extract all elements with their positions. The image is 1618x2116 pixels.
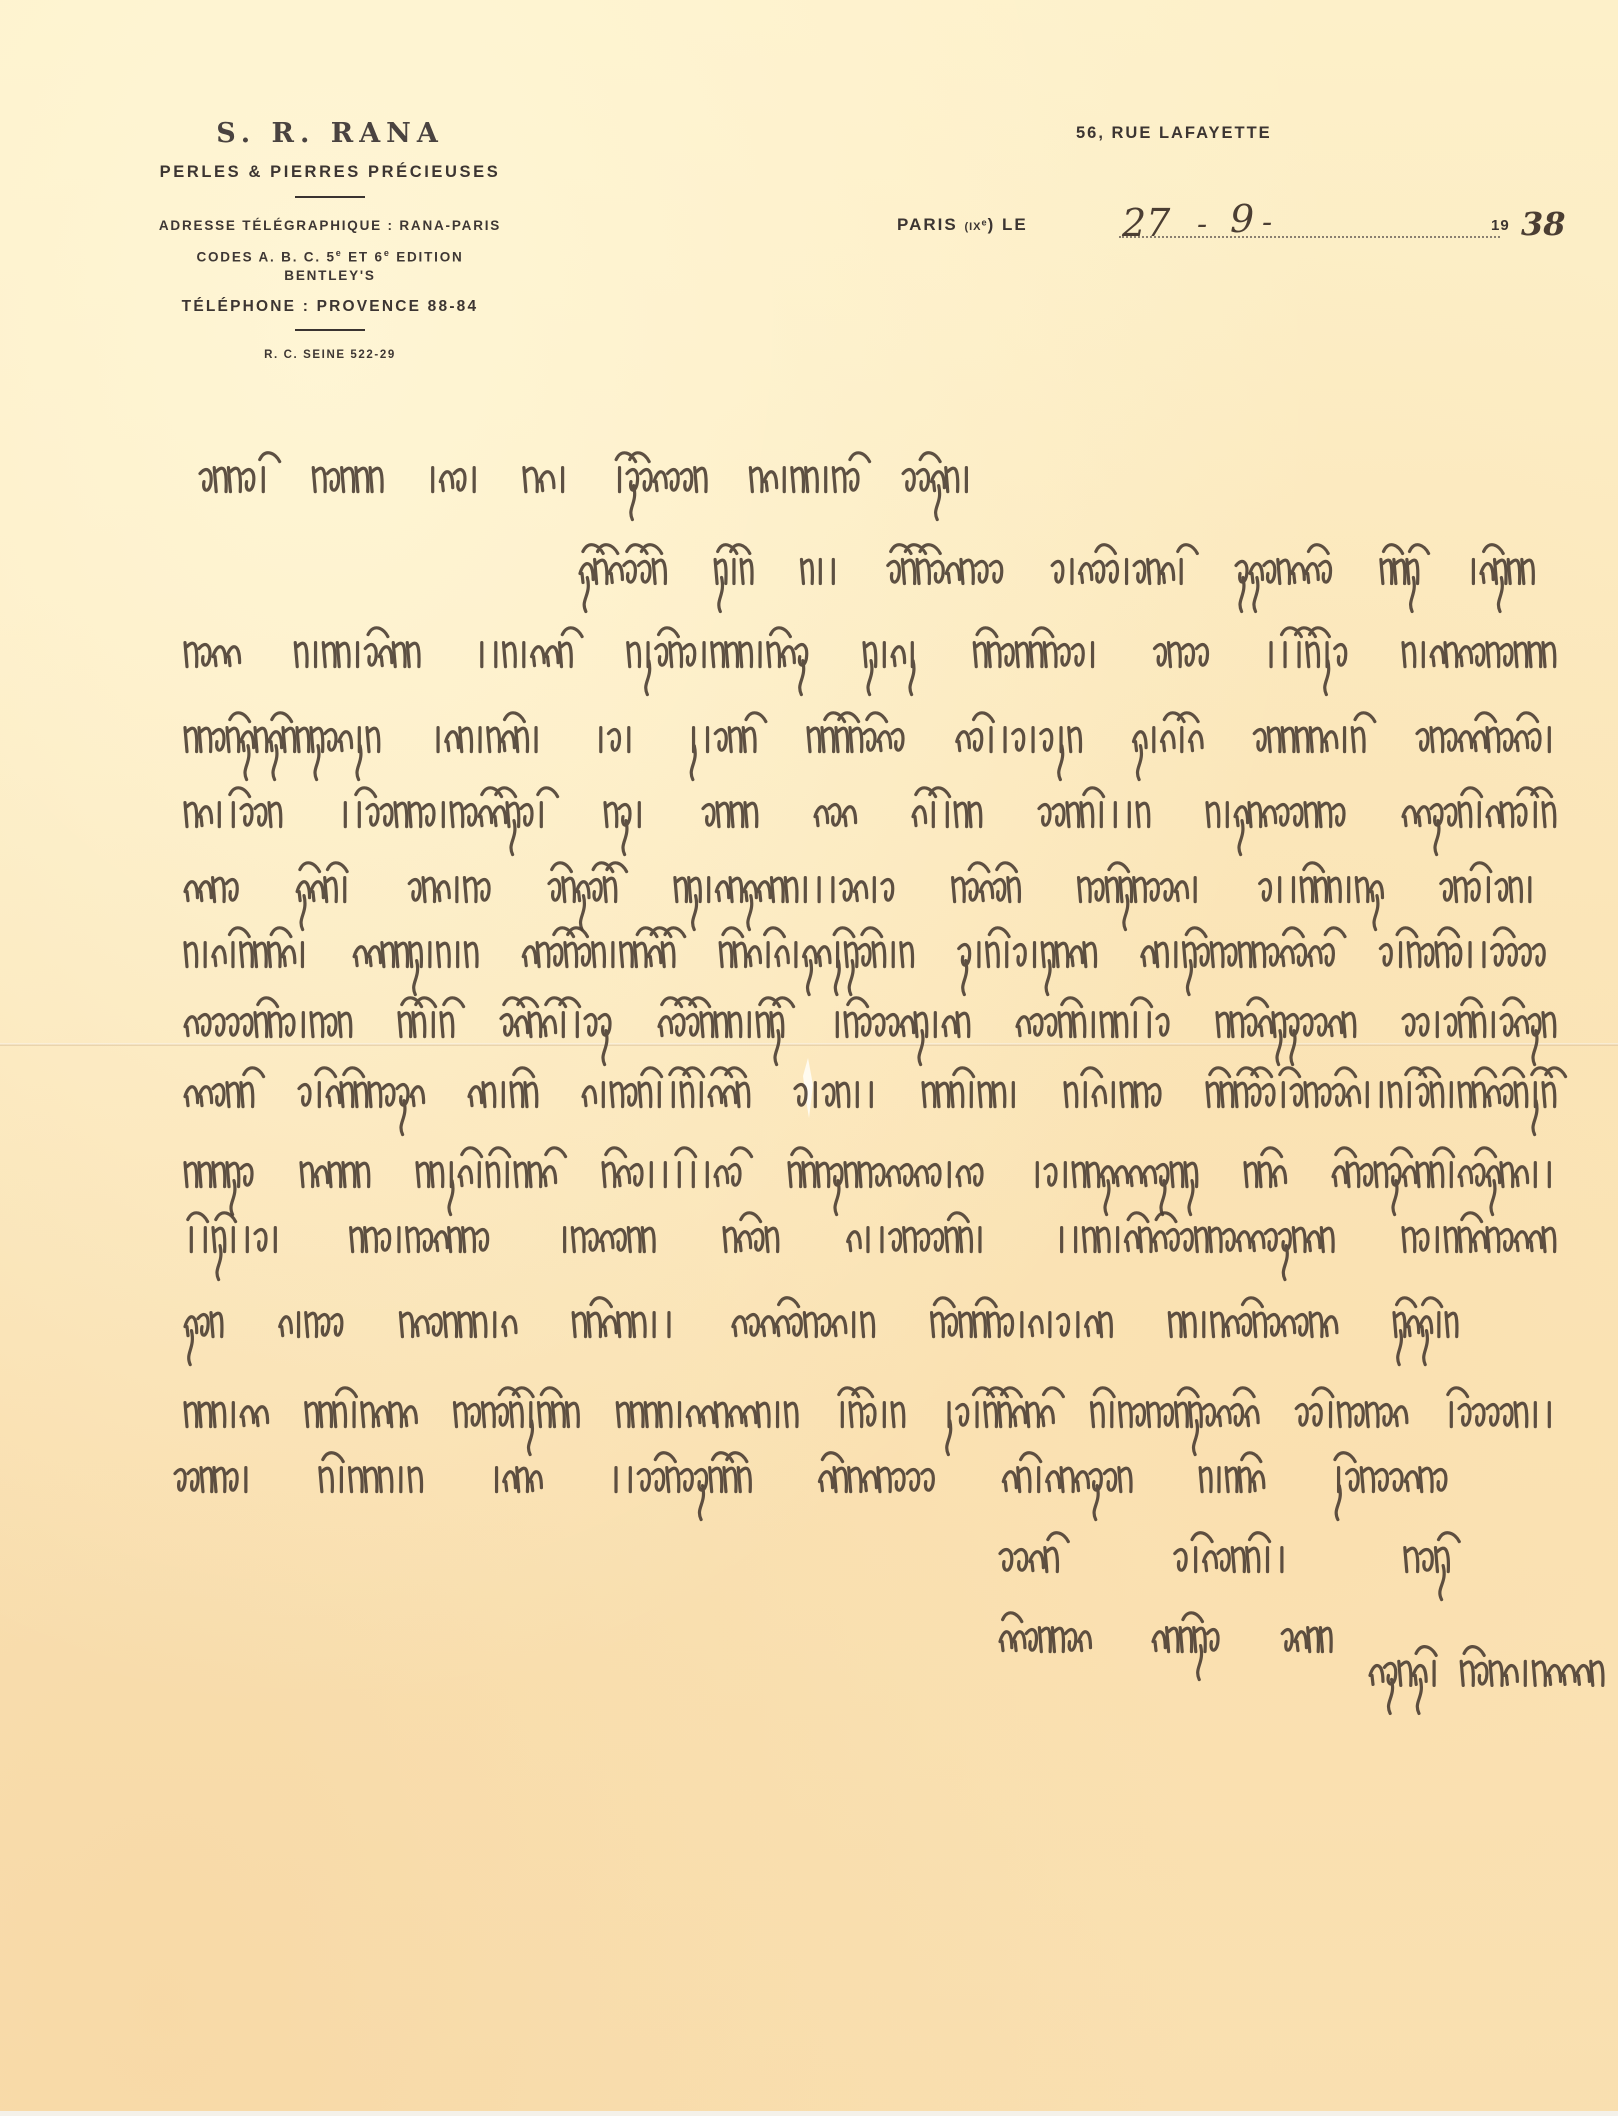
codes-bentley: BENTLEY'S xyxy=(110,268,550,283)
codes-text: EDITION xyxy=(391,250,464,265)
date-day: 27 xyxy=(1122,201,1170,245)
body-line-handwriting xyxy=(185,1055,1585,1125)
body-line-handwriting xyxy=(185,1375,1585,1445)
closing-handwriting xyxy=(1000,1600,1340,1670)
telegraph-address: ADRESSE TÉLÉGRAPHIQUE : RANA-PARIS xyxy=(110,218,550,233)
closing-handwriting xyxy=(1370,1640,1610,1710)
arrondissement-close: ) LE xyxy=(988,215,1028,234)
letterhead: S. R. RANA PERLES & PIERRES PRÉCIEUSES A… xyxy=(110,118,550,361)
company-registry: R. C. SEINE 522-29 xyxy=(110,349,550,361)
body-line-handwriting xyxy=(185,1135,1585,1205)
arrondissement: (IX xyxy=(964,221,981,233)
company-name: S. R. RANA xyxy=(110,118,550,149)
scan-border xyxy=(0,2111,1618,2116)
body-line-handwriting xyxy=(185,1285,1485,1355)
divider xyxy=(295,196,365,198)
telephone: TÉLÉPHONE : PROVENCE 88-84 xyxy=(110,298,550,316)
year-handwritten: 38 xyxy=(1521,205,1566,243)
telegraph-codes: CODES A. B. C. 5e ET 6e EDITION xyxy=(110,248,550,265)
body-line-handwriting xyxy=(185,615,1585,685)
city: PARIS xyxy=(897,215,958,234)
closing-handwriting xyxy=(1000,1520,1460,1590)
body-line-handwriting xyxy=(185,700,1585,770)
date-label: PARIS (IXe) LE xyxy=(897,215,1028,235)
codes-sup: e xyxy=(384,248,391,258)
date-dotted-line xyxy=(1119,236,1500,238)
year-printed: 19 xyxy=(1491,217,1510,234)
codes-sup: e xyxy=(336,248,343,258)
body-line-handwriting xyxy=(185,850,1565,920)
body-line-handwriting xyxy=(185,775,1585,845)
date-separator: - xyxy=(1197,207,1207,242)
body-line-handwriting xyxy=(580,535,1555,605)
date-separator: - xyxy=(1262,205,1272,240)
body-line-handwriting xyxy=(185,915,1575,985)
salutation-handwriting xyxy=(200,440,990,510)
body-line-handwriting xyxy=(185,1200,1585,1270)
street-address: 56, RUE LAFAYETTE xyxy=(1076,124,1272,143)
body-line-handwriting xyxy=(185,985,1585,1055)
divider xyxy=(295,329,365,331)
company-trade: PERLES & PIERRES PRÉCIEUSES xyxy=(110,163,550,182)
codes-text: ET 6 xyxy=(343,250,384,265)
date-line: PARIS (IXe) LE 27 - 9 - 19 38 xyxy=(897,203,1562,243)
codes-text: CODES A. B. C. 5 xyxy=(196,250,335,265)
body-line-handwriting xyxy=(175,1440,1475,1510)
date-month: 9 xyxy=(1230,197,1254,241)
